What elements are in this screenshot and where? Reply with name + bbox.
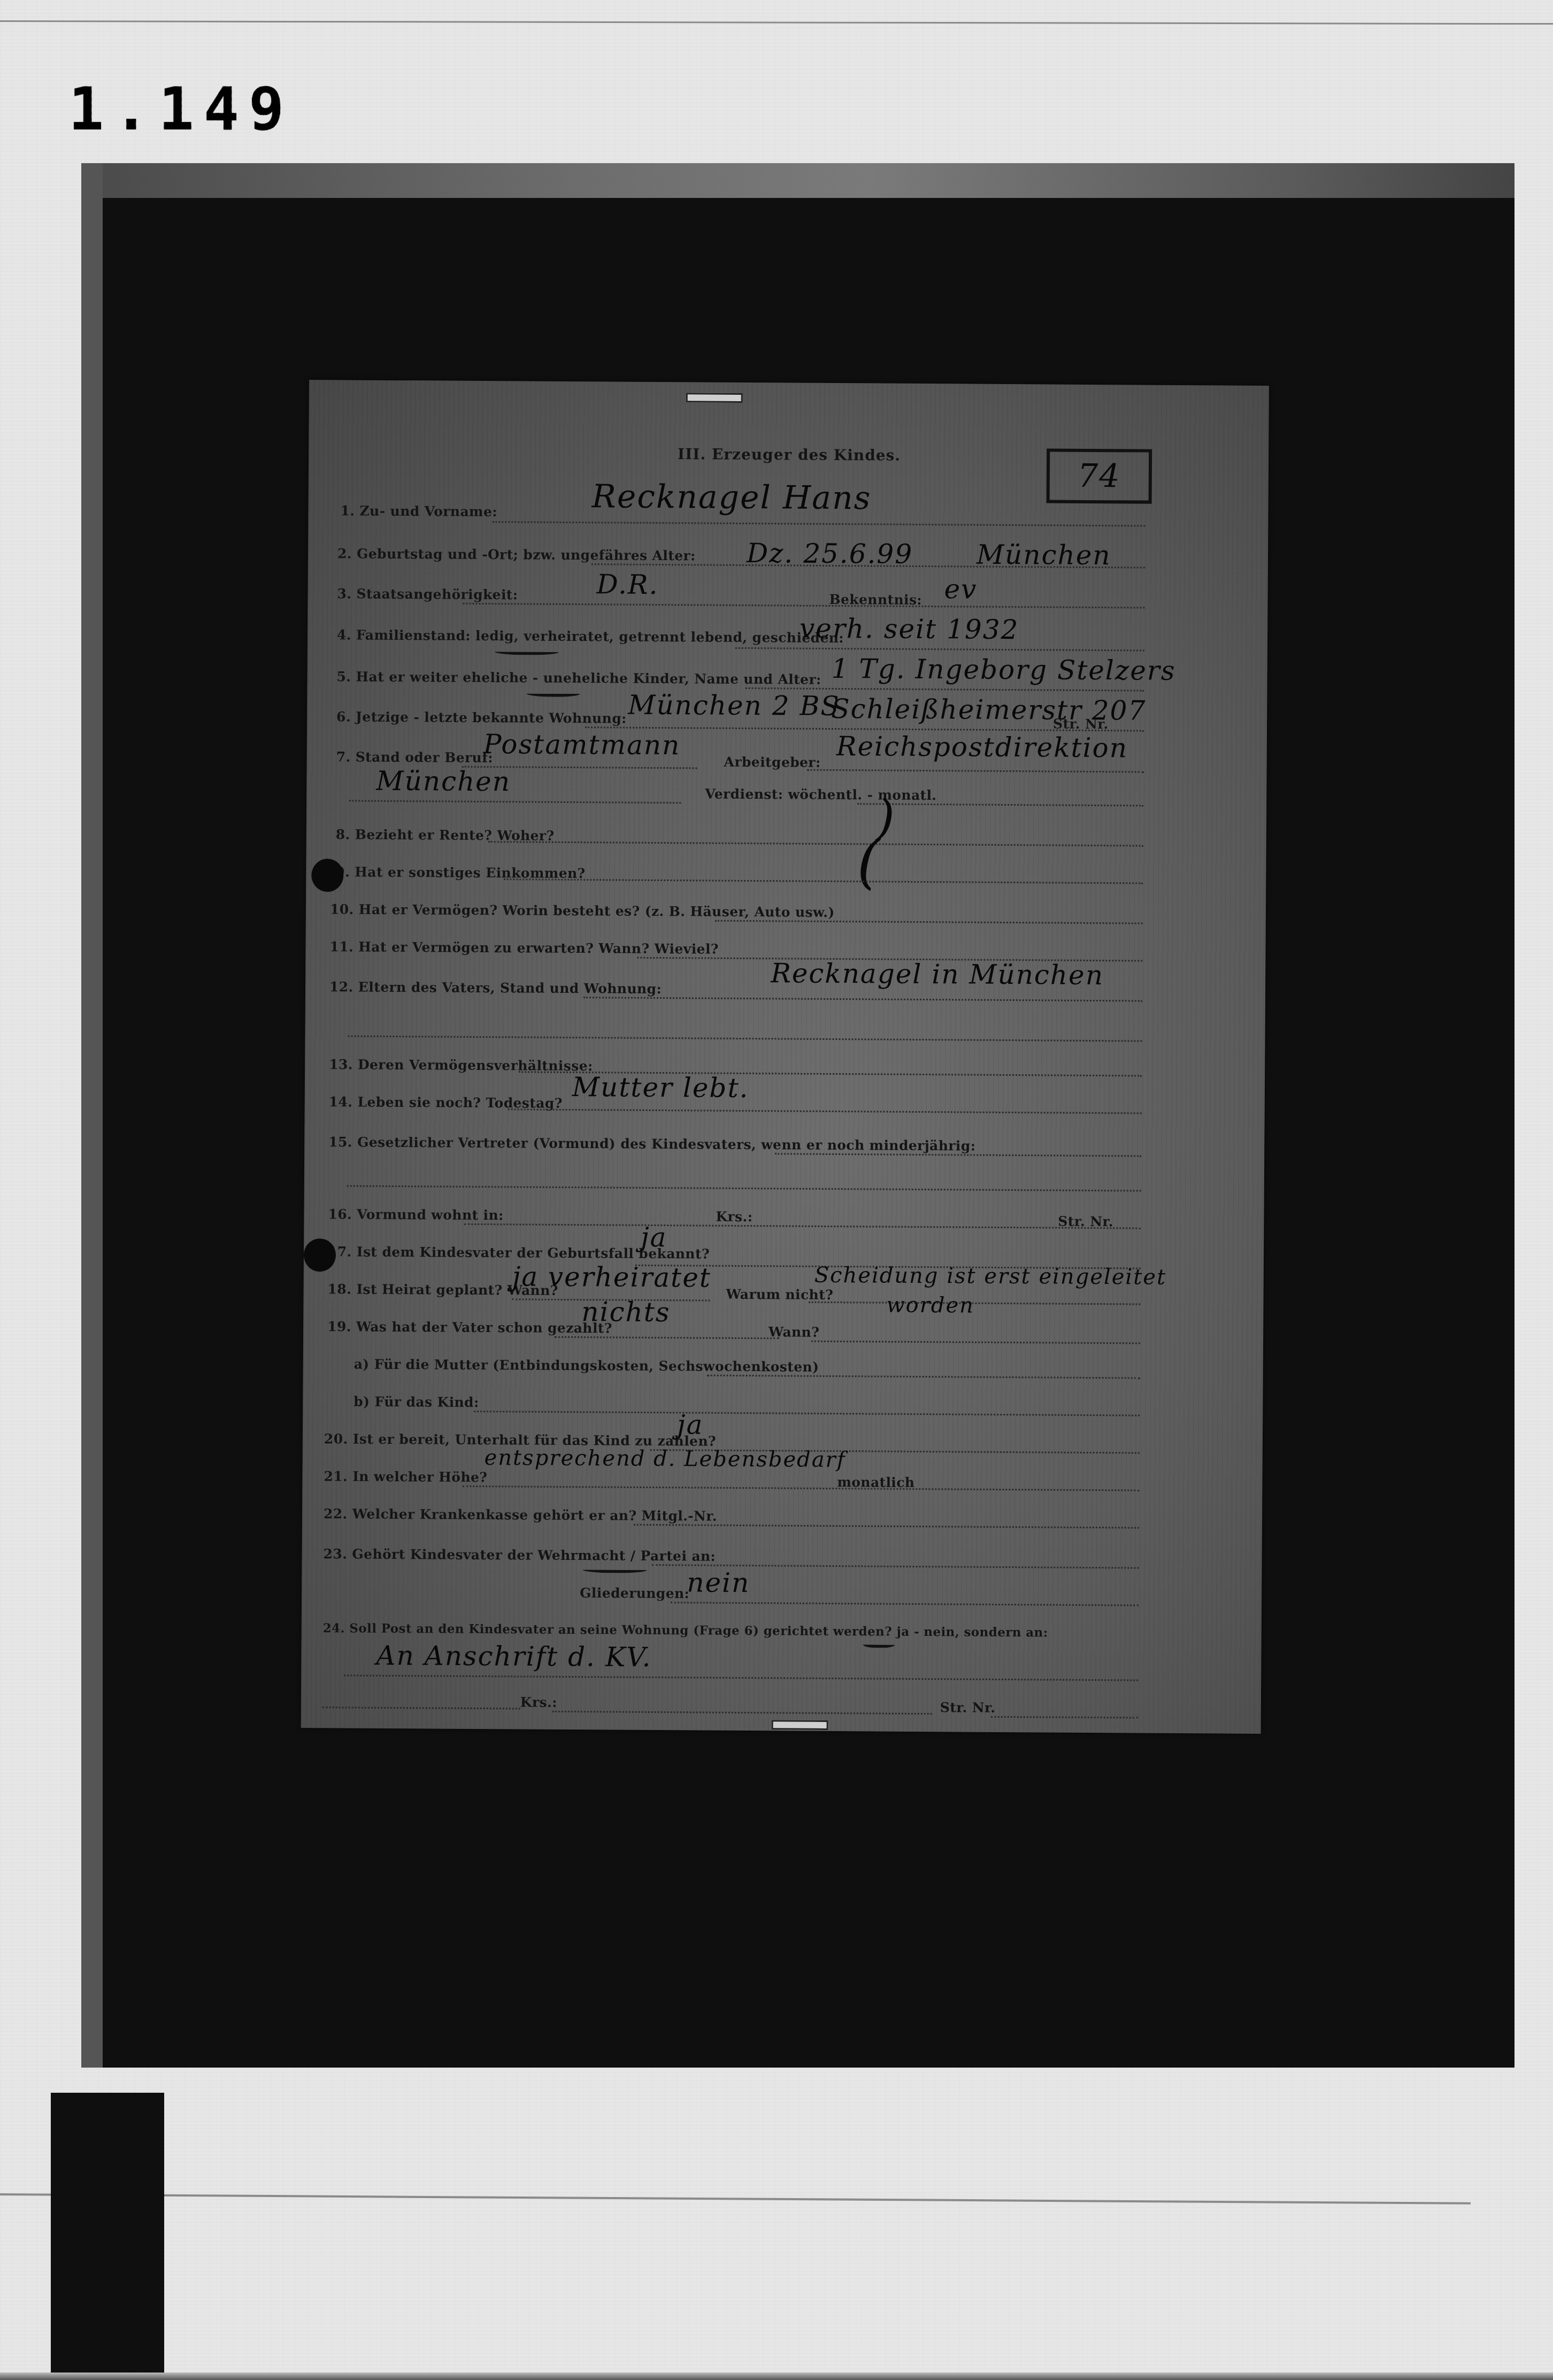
question-5: 5. Hat er weiter eheliche - uneheliche K… xyxy=(337,669,821,687)
answer-amount: entsprechend d. Lebensbedarf xyxy=(485,1445,846,1472)
answer-line xyxy=(671,1602,1139,1606)
answer-mail-address: An Anschrift d. KV. xyxy=(376,1640,652,1673)
answer-line xyxy=(493,521,1145,526)
answer-employer-city: München xyxy=(376,766,511,798)
answer-line xyxy=(504,878,1143,884)
question-7: 7. Stand oder Beruf: xyxy=(336,749,493,766)
question-6: 6. Jetzige - letzte bekannte Wohnung: xyxy=(336,709,627,726)
answer-birthplace: München xyxy=(977,539,1111,571)
film-edge-bar xyxy=(51,2093,164,2380)
film-frame-left-band xyxy=(81,163,103,2068)
answer-line xyxy=(348,1035,1142,1042)
answer-line xyxy=(991,1716,1138,1719)
question-19: 19. Was hat der Vater schon gezahlt? xyxy=(327,1319,612,1336)
answer-line xyxy=(811,1341,1140,1344)
answer-why-not: Scheidung ist erst eingeleitet xyxy=(814,1263,1167,1290)
street-number-label: Str. Nr. xyxy=(1053,716,1109,732)
page-number: 74 xyxy=(1078,457,1121,495)
section-title: III. Erzeuger des Kindes. xyxy=(678,445,901,464)
subdivisions-label: Gliederungen: xyxy=(580,1585,689,1601)
religion-label: Bekenntnis: xyxy=(829,592,922,608)
question-19a: a) Für die Mutter (Entbindungskosten, Se… xyxy=(354,1357,819,1375)
answer-line xyxy=(463,603,1144,609)
district-label: Krs.: xyxy=(716,1209,752,1225)
answer-subdivisions: nein xyxy=(687,1567,750,1598)
earnings-label: Verdienst: wöchentl. - monatl. xyxy=(705,786,936,803)
question-19b: b) Für das Kind: xyxy=(353,1394,479,1410)
underline-partei xyxy=(582,1566,647,1573)
film-bottom-strip xyxy=(0,2373,1553,2380)
answer-willing-to-pay: ja xyxy=(677,1409,704,1440)
question-24: 24. Soll Post an den Kindesvater an sein… xyxy=(323,1621,1048,1640)
answer-line xyxy=(555,1336,779,1340)
punch-hole xyxy=(311,859,343,892)
when-label: Wann? xyxy=(768,1324,819,1340)
answer-line xyxy=(322,1706,520,1709)
answer-employer: Reichspostdirektion xyxy=(836,731,1128,763)
form-document: III. Erzeuger des Kindes. 74 1. Zu- und … xyxy=(301,380,1269,1734)
answer-parents-alive: Mutter lebt. xyxy=(572,1072,749,1104)
paper-clip-bottom xyxy=(772,1720,828,1730)
answer-line xyxy=(634,1524,1139,1529)
answer-birthdate: Dz. 25.6.99 xyxy=(747,538,913,570)
answer-line xyxy=(552,1711,932,1715)
question-21: 21. In welcher Höhe? xyxy=(324,1468,487,1485)
answer-line xyxy=(807,769,1144,773)
answer-line xyxy=(464,1223,1141,1229)
question-4: 4. Familienstand: ledig, verheiratet, ge… xyxy=(337,627,844,646)
answer-line xyxy=(857,803,1143,806)
answer-why-not-continued: worden xyxy=(886,1293,974,1318)
answer-nationality: D.R. xyxy=(596,569,658,600)
answer-parents: Recknagel in München xyxy=(771,958,1104,991)
answer-name: Recknagel Hans xyxy=(591,478,871,517)
question-10: 10. Hat er Vermögen? Worin besteht es? (… xyxy=(330,901,835,920)
answer-line xyxy=(344,1674,1138,1681)
employer-label: Arbeitgeber: xyxy=(724,754,821,770)
question-16: 16. Vormund wohnt in: xyxy=(328,1206,503,1223)
question-12: 12. Eltern des Vaters, Stand und Wohnung… xyxy=(329,979,662,997)
answer-line xyxy=(583,997,1142,1001)
film-frame-label: 1.149 xyxy=(68,75,294,143)
street-number-label: Str. Nr. xyxy=(1058,1214,1113,1230)
question-3: 3. Staatsangehörigkeit: xyxy=(337,586,518,602)
answer-occupation: Postamtmann xyxy=(483,729,681,761)
why-not-label: Warum nicht? xyxy=(726,1287,833,1303)
answer-marital-status: verh. seit 1932 xyxy=(799,613,1019,646)
bracket-mark: ( xyxy=(857,827,881,896)
answer-line xyxy=(707,1375,1140,1379)
answer-birth-known: ja xyxy=(641,1222,667,1253)
district-label: Krs.: xyxy=(520,1694,557,1710)
question-2: 2. Geburtstag und -Ort; bzw. ungefähres … xyxy=(337,546,696,563)
question-1: 1. Zu- und Vorname: xyxy=(340,503,497,519)
answer-children: 1 Tg. Ingeborg Stelzers xyxy=(832,653,1176,686)
answer-marriage-planned: ja verheiratet xyxy=(512,1261,712,1293)
answer-paid: nichts xyxy=(581,1296,671,1328)
monthly-label: monatlich xyxy=(837,1474,914,1490)
page-number-box: 74 xyxy=(1047,448,1152,503)
punch-hole xyxy=(304,1238,336,1272)
answer-line xyxy=(488,841,1143,846)
question-15: 15. Gesetzlicher Vertreter (Vormund) des… xyxy=(328,1134,975,1153)
film-frame-top-band xyxy=(81,163,1514,202)
answer-line xyxy=(715,920,1143,924)
answer-line xyxy=(508,1108,1142,1114)
answer-line xyxy=(809,1302,1140,1305)
question-22: 22. Welcher Krankenkasse gehört er an? M… xyxy=(324,1506,717,1524)
answer-line xyxy=(474,1411,1140,1417)
answer-residence-city: München 2 BS xyxy=(628,690,840,722)
answer-religion: ev xyxy=(944,573,977,604)
answer-line xyxy=(349,800,681,803)
answer-line xyxy=(347,1185,1141,1191)
street-number-label: Str. Nr. xyxy=(940,1700,996,1716)
question-11: 11. Hat er Vermögen zu erwarten? Wann? W… xyxy=(329,939,719,956)
underline-uneheliche xyxy=(526,690,580,697)
paper-clip-top xyxy=(686,393,743,403)
question-23: 23. Gehört Kindesvater der Wehrmacht / P… xyxy=(324,1546,716,1564)
underline-verheiratet xyxy=(495,648,559,655)
answer-line xyxy=(735,647,1144,652)
underline-nein xyxy=(863,1641,895,1648)
answer-line xyxy=(463,1486,1139,1491)
